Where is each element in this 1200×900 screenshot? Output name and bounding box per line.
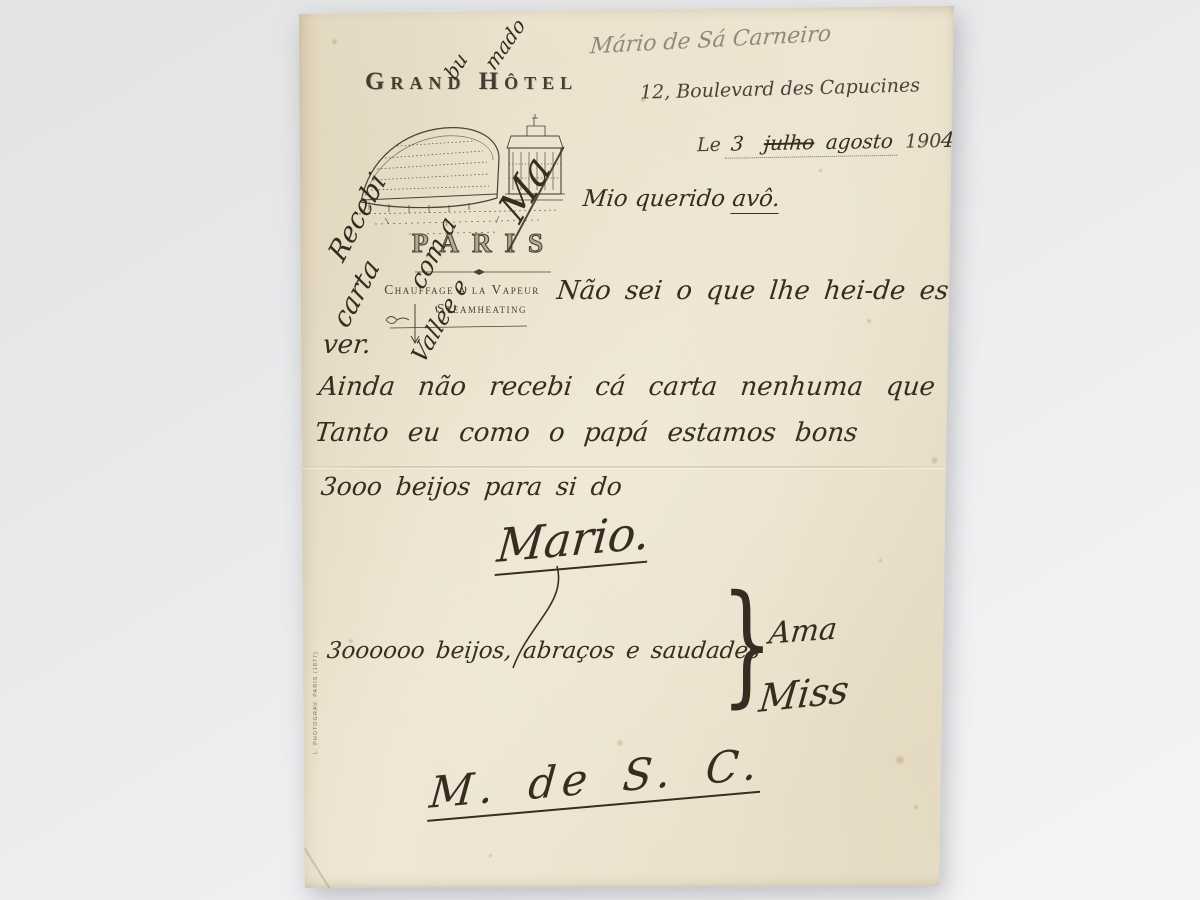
salutation: Mio querido avô.	[582, 186, 782, 212]
letterhead-address: 12, Boulevard des Capucines	[635, 74, 925, 104]
body-line: ver.	[321, 330, 372, 360]
foxing-spot	[616, 739, 624, 747]
foxing-spot	[920, 139, 928, 147]
body-line: 3ooo beijos para si do	[319, 472, 623, 501]
foxing-spot	[818, 168, 823, 173]
farewell-name-miss: Miss	[757, 667, 851, 721]
body-line: Não sei o que lhe hei-de escre-	[555, 276, 1001, 306]
printer-mark: L. PHOTOGRAV. PARIS (1877)	[313, 604, 319, 754]
foxing-spot	[930, 456, 939, 465]
foxing-spot	[331, 38, 338, 45]
foxing-spot	[866, 318, 872, 324]
foxing-spot	[878, 558, 883, 563]
corner-crease	[301, 844, 331, 891]
fold-crease	[297, 466, 955, 468]
foxing-spot	[348, 638, 354, 644]
farewell-line: 3oooooo beijos, abraços e saudades	[326, 638, 762, 664]
final-signature-text: M. de S. C.	[427, 739, 765, 822]
foxing-spot	[640, 97, 646, 103]
foxing-spot	[894, 754, 906, 766]
collector-inscription: Mário de Sá Carneiro	[589, 22, 832, 60]
paper-surface: Grand Hôtel	[297, 6, 955, 888]
date-year-digit: 4	[940, 128, 955, 152]
diagonal-note-segment: mado	[480, 13, 530, 74]
salutation-prefix: Mio querido	[582, 186, 734, 212]
date-month-crossed: julho	[763, 130, 816, 155]
foxing-spot	[913, 804, 919, 810]
foxing-spot	[488, 853, 493, 858]
letter-sheet: Grand Hôtel	[297, 6, 955, 888]
date-line: Le 3 julho agosto 1904	[697, 128, 955, 159]
photograph-of-letter: Grand Hôtel	[0, 0, 1200, 900]
date-prefix: Le	[697, 134, 721, 156]
date-day: 3	[730, 131, 745, 155]
salutation-underlined: avô.	[731, 186, 781, 214]
farewell-name-ama: Ama	[767, 611, 839, 651]
body-line: Tanto eu como o papá estamos bons	[313, 418, 859, 448]
date-month: agosto	[825, 129, 894, 154]
body-line: Ainda não recebi cá carta nenhuma que —	[317, 372, 985, 402]
final-signature: M. de S. C.	[427, 739, 764, 819]
